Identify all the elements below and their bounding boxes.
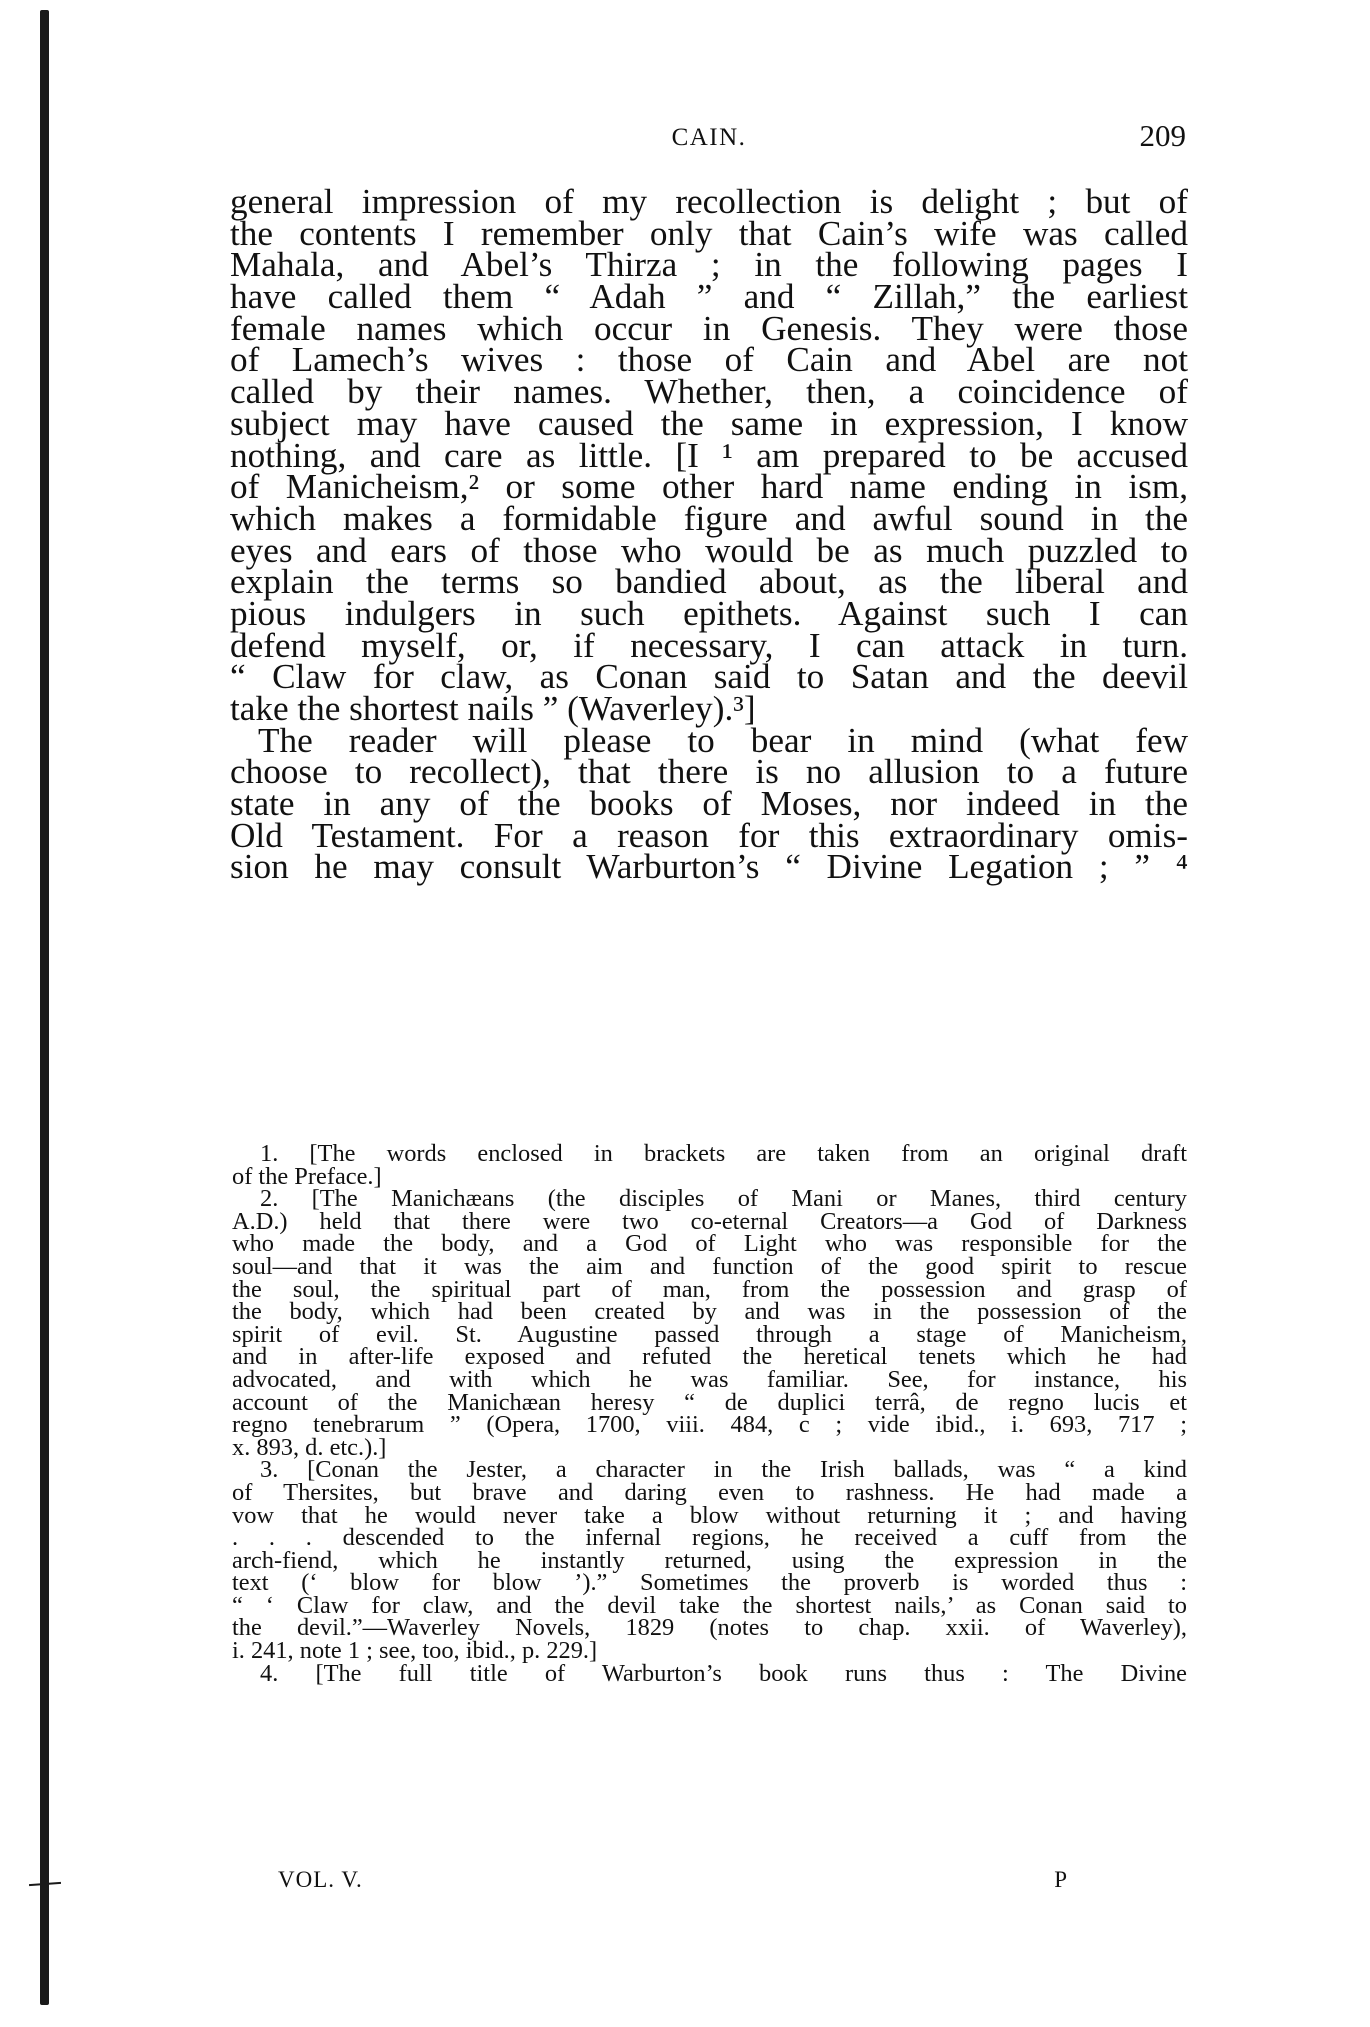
body-line: subject may have caused the same in expr… (230, 408, 1188, 440)
footnote-line: 4. [The full title of Warburton’s book r… (232, 1663, 1187, 1686)
signature-mark: P (1054, 1867, 1068, 1893)
body-line: sion he may consult Warburton’s “ Divine… (230, 851, 1188, 883)
running-title: CAIN. (232, 124, 1186, 152)
footnotes: 1. [The words enclosed in brackets are t… (232, 1143, 1187, 1685)
body-line: general impression of my recollection is… (230, 186, 1188, 218)
body-text: general impression of my recollection is… (230, 186, 1188, 883)
page-number: 209 (1140, 118, 1187, 154)
running-head: CAIN. 209 (232, 118, 1186, 158)
page-binding-edge (40, 10, 49, 2005)
body-line: take the shortest nails ” (Waverley).³] (230, 693, 1188, 725)
body-line: which makes a formidable figure and awfu… (230, 503, 1188, 535)
volume-signature: VOL. V. (278, 1867, 363, 1893)
body-line: state in any of the books of Moses, nor … (230, 788, 1188, 820)
body-line: pious indulgers in such epithets. Agains… (230, 598, 1188, 630)
body-line: have called them “ Adah ” and “ Zillah,”… (230, 281, 1188, 313)
